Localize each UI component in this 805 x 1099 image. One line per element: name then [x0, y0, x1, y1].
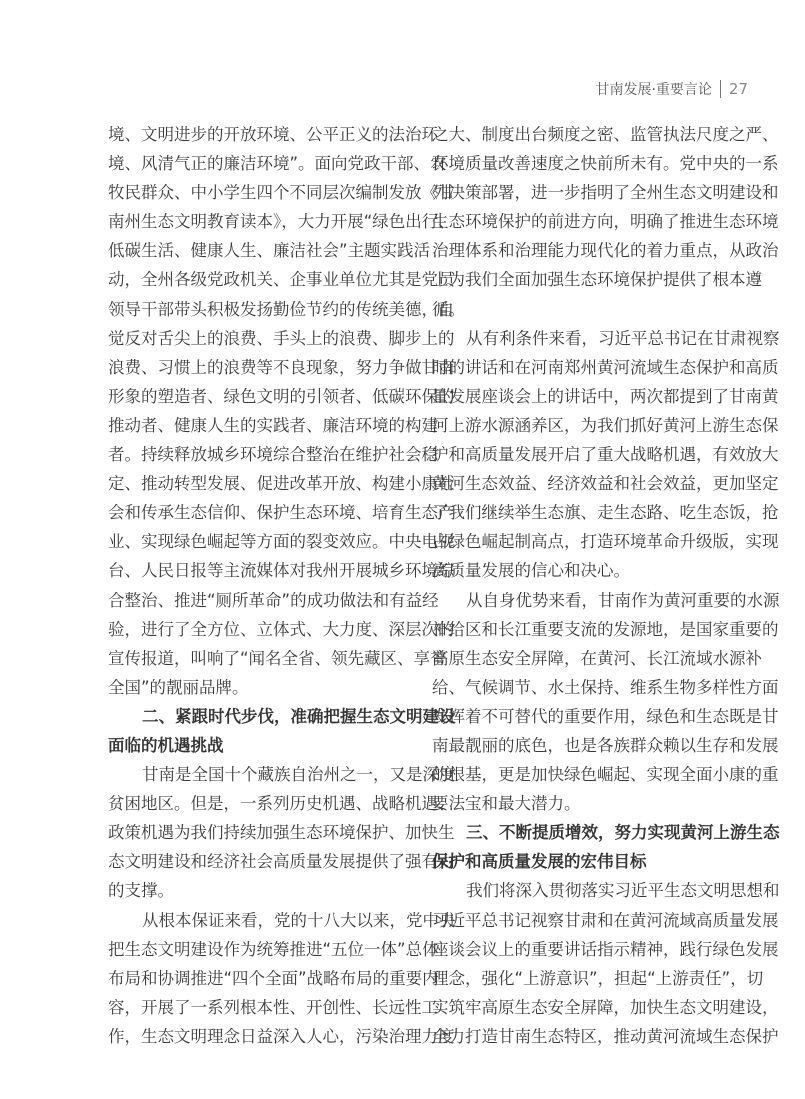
body-text-line: 把生态文明建设作为统筹推进“五位一体”总体	[108, 935, 406, 964]
body-text-line: 要法宝和最大潜力。	[432, 789, 730, 818]
body-text-line: 量发展座谈会上的讲话中，两次都提到了甘南黄	[432, 382, 730, 411]
body-text-line: 业、实现绿色崛起等方面的裂变效应。中央电视	[108, 527, 406, 556]
paragraph-start-line: 我们将深入贯彻落实习近平生态文明思想和	[432, 876, 730, 905]
body-text-line: 环境质量改善速度之快前所未有。党中央的一系	[432, 149, 730, 178]
page-number: 27	[729, 80, 748, 98]
body-text-line: 全力打造甘南生态特区，推动黄河流域生态保护	[432, 1022, 730, 1051]
body-text-line: 形象的塑造者、绿色文明的引领者、低碳环保的	[108, 382, 406, 411]
paragraph-start-line: 从自身优势来看，甘南作为黄河重要的水源	[432, 586, 730, 615]
section-heading-line: 面临的机遇挑战	[108, 731, 406, 760]
body-text-line: 政策机遇为我们持续加强生态环境保护、加快生	[108, 818, 406, 847]
body-text-line: 高质量发展的信心和决心。	[432, 556, 730, 585]
body-text-line: 护和高质量发展开启了重大战略机遇，有效放大	[432, 440, 730, 469]
body-text-line: 生态环境保护的前进方向，明确了推进生态环境	[432, 207, 730, 236]
body-text-line: 南最靓丽的底色，也是各族群众赖以生存和发展	[432, 731, 730, 760]
paragraph-start-line: 从有利条件来看，习近平总书记在甘肃视察	[432, 324, 730, 353]
paragraph-start-line: 从根本保证来看，党的十八大以来，党中央	[108, 906, 406, 935]
body-text-line: 列决策部署，进一步指明了全州生态文明建设和	[432, 178, 730, 207]
body-text-line: 定、推动转型发展、促进改革开放、构建小康社	[108, 469, 406, 498]
body-text-line: 觉反对舌尖上的浪费、手头上的浪费、脚步上的	[108, 324, 406, 353]
body-text-line: 的根基，更是加快绿色崛起、实现全面小康的重	[432, 760, 730, 789]
running-header: 甘南发展·重要言论 27	[595, 77, 748, 101]
body-text-line: 发挥着不可替代的重要作用，绿色和生态既是甘	[432, 702, 730, 731]
body-text-line: 全国”的靓丽品牌。	[108, 673, 406, 702]
body-text-line: 布局和协调推进“四个全面”战略布局的重要内	[108, 964, 406, 993]
body-text-line: 动，全州各级党政机关、企事业单位尤其是党员	[108, 265, 406, 294]
body-text-line: 了我们继续举生态旗、走生态路、吃生态饭，抢	[432, 498, 730, 527]
body-text-line: 态文明建设和经济社会高质量发展提供了强有力	[108, 847, 406, 876]
body-text-line: 高原生态安全屏障，在黄河、长江流域水源补	[432, 644, 730, 673]
body-text-line: 浪费、习惯上的浪费等不良现象，努力争做甘南	[108, 353, 406, 382]
body-text-line: 实筑牢高原生态安全屏障，加快生态文明建设，	[432, 993, 730, 1022]
header-divider	[720, 80, 721, 98]
body-text-line: 占绿色崛起制高点，打造环境革命升级版，实现	[432, 527, 730, 556]
body-text-line: 推动者、健康人生的实践者、廉洁环境的构建	[108, 411, 406, 440]
body-text-line: 治理体系和治理能力现代化的着力重点，从政治	[432, 236, 730, 265]
body-text-line: 上为我们全面加强生态环境保护提供了根本遵	[432, 265, 730, 294]
body-text-line: 黄河生态效益、经济效益和社会效益，更加坚定	[432, 469, 730, 498]
body-text-line: 验，进行了全方位、立体式、大力度、深层次的	[108, 615, 406, 644]
section-heading-line: 保护和高质量发展的宏伟目标	[432, 847, 730, 876]
body-text-line: 容，开展了一系列根本性、开创性、长远性工	[108, 993, 406, 1022]
body-text-line: 座谈会议上的重要讲话指示精神，践行绿色发展	[432, 935, 730, 964]
body-text-line: 会和传承生态信仰、保护生态环境、培育生态产	[108, 498, 406, 527]
body-text-line: 作，生态文明理念日益深入人心，污染治理力度	[108, 1022, 406, 1051]
body-text-line: 台、人民日报等主流媒体对我州开展城乡环境综	[108, 556, 406, 585]
body-text-line: 的支撑。	[108, 876, 406, 905]
body-text-line: 合整治、推进“厕所革命”的成功做法和有益经	[108, 586, 406, 615]
section-title: 甘南发展·重要言论	[595, 79, 711, 99]
body-text-line: 宣传报道，叫响了“闻名全省、领先藏区、享誉	[108, 644, 406, 673]
body-text-line: 境、风清气正的廉洁环境”。面向党政干部、农	[108, 149, 406, 178]
body-text-line: 给、气候调节、水土保持、维系生物多样性方面	[432, 673, 730, 702]
body-text-line: 理念，强化“上游意识”，担起“上游责任”，切	[432, 964, 730, 993]
body-text-line: 领导干部带头积极发扬勤俭节约的传统美德，自	[108, 295, 406, 324]
section-heading-line: 三、不断提质增效，努力实现黄河上游生态	[432, 818, 730, 847]
body-text-line: 补给区和长江重要支流的发源地，是国家重要的	[432, 615, 730, 644]
body-text-line: 习近平总书记视察甘肃和在黄河流域高质量发展	[432, 906, 730, 935]
right-column: 之大、制度出台频度之密、监管执法尺度之严、环境质量改善速度之快前所未有。党中央的…	[432, 120, 730, 1051]
body-text-line: 境、文明进步的开放环境、公平正义的法治环	[108, 120, 406, 149]
section-heading-line: 二、紧跟时代步伐，准确把握生态文明建设	[108, 702, 406, 731]
paragraph-start-line: 甘南是全国十个藏族自治州之一，又是深度	[108, 760, 406, 789]
body-text-line: 时的讲话和在河南郑州黄河流域生态保护和高质	[432, 353, 730, 382]
body-text-line: 河上游水源涵养区，为我们抓好黄河上游生态保	[432, 411, 730, 440]
body-text-line: 循。	[432, 295, 730, 324]
body-text-line: 贫困地区。但是，一系列历史机遇、战略机遇、	[108, 789, 406, 818]
body-text-line: 之大、制度出台频度之密、监管执法尺度之严、	[432, 120, 730, 149]
body-text-line: 者。持续释放城乡环境综合整治在维护社会稳	[108, 440, 406, 469]
left-column: 境、文明进步的开放环境、公平正义的法治环境、风清气正的廉洁环境”。面向党政干部、…	[108, 120, 406, 1051]
body-text-line: 低碳生活、健康人生、廉洁社会”主题实践活	[108, 236, 406, 265]
body-text-line: 南州生态文明教育读本》，大力开展“绿色出行、	[108, 207, 406, 236]
body-text-line: 牧民群众、中小学生四个不同层次编制发放《甘	[108, 178, 406, 207]
